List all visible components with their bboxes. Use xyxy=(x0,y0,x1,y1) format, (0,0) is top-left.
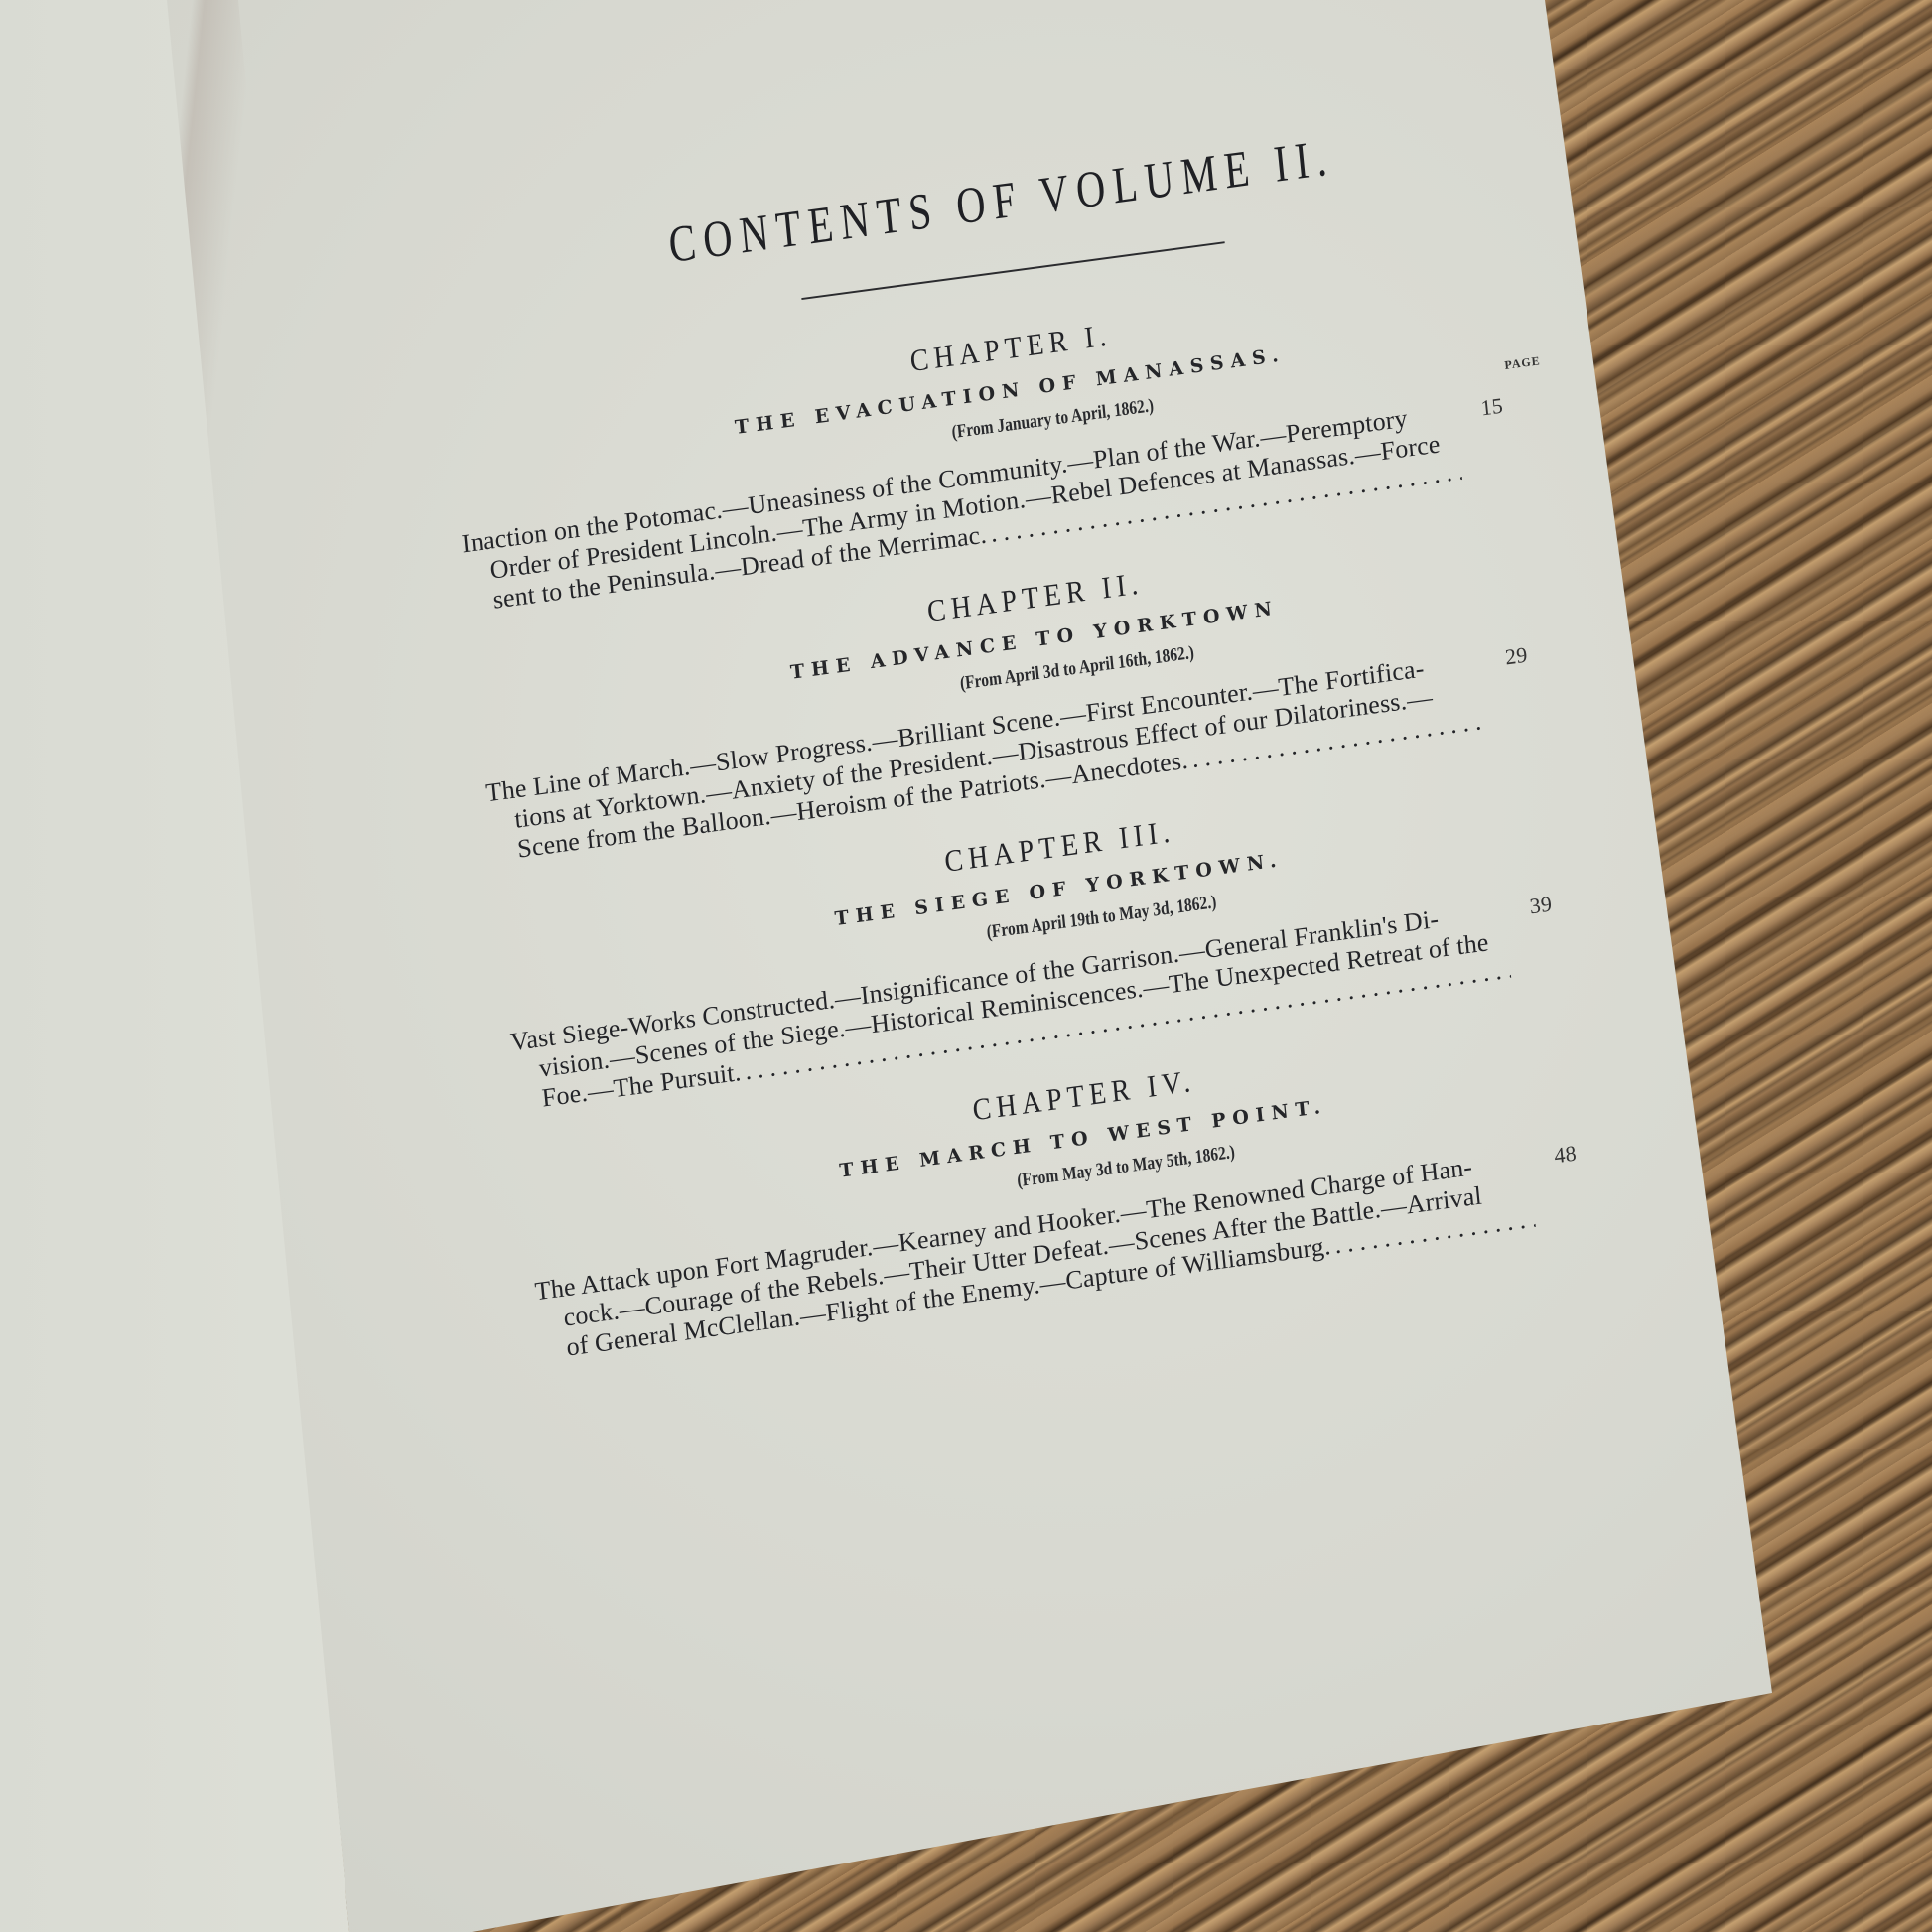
photo-scene: CONTENTS OF VOLUME II. CHAPTER I. THE EV… xyxy=(0,0,1932,1932)
table-of-contents: CONTENTS OF VOLUME II. CHAPTER I. THE EV… xyxy=(427,45,1628,1402)
page-number: 29 xyxy=(1504,640,1529,673)
title-rule-divider xyxy=(801,241,1224,300)
page-column-label: PAGE xyxy=(1504,353,1542,373)
page-number: 39 xyxy=(1528,890,1553,922)
page-number: 48 xyxy=(1553,1138,1578,1171)
page-number: 15 xyxy=(1479,391,1504,424)
